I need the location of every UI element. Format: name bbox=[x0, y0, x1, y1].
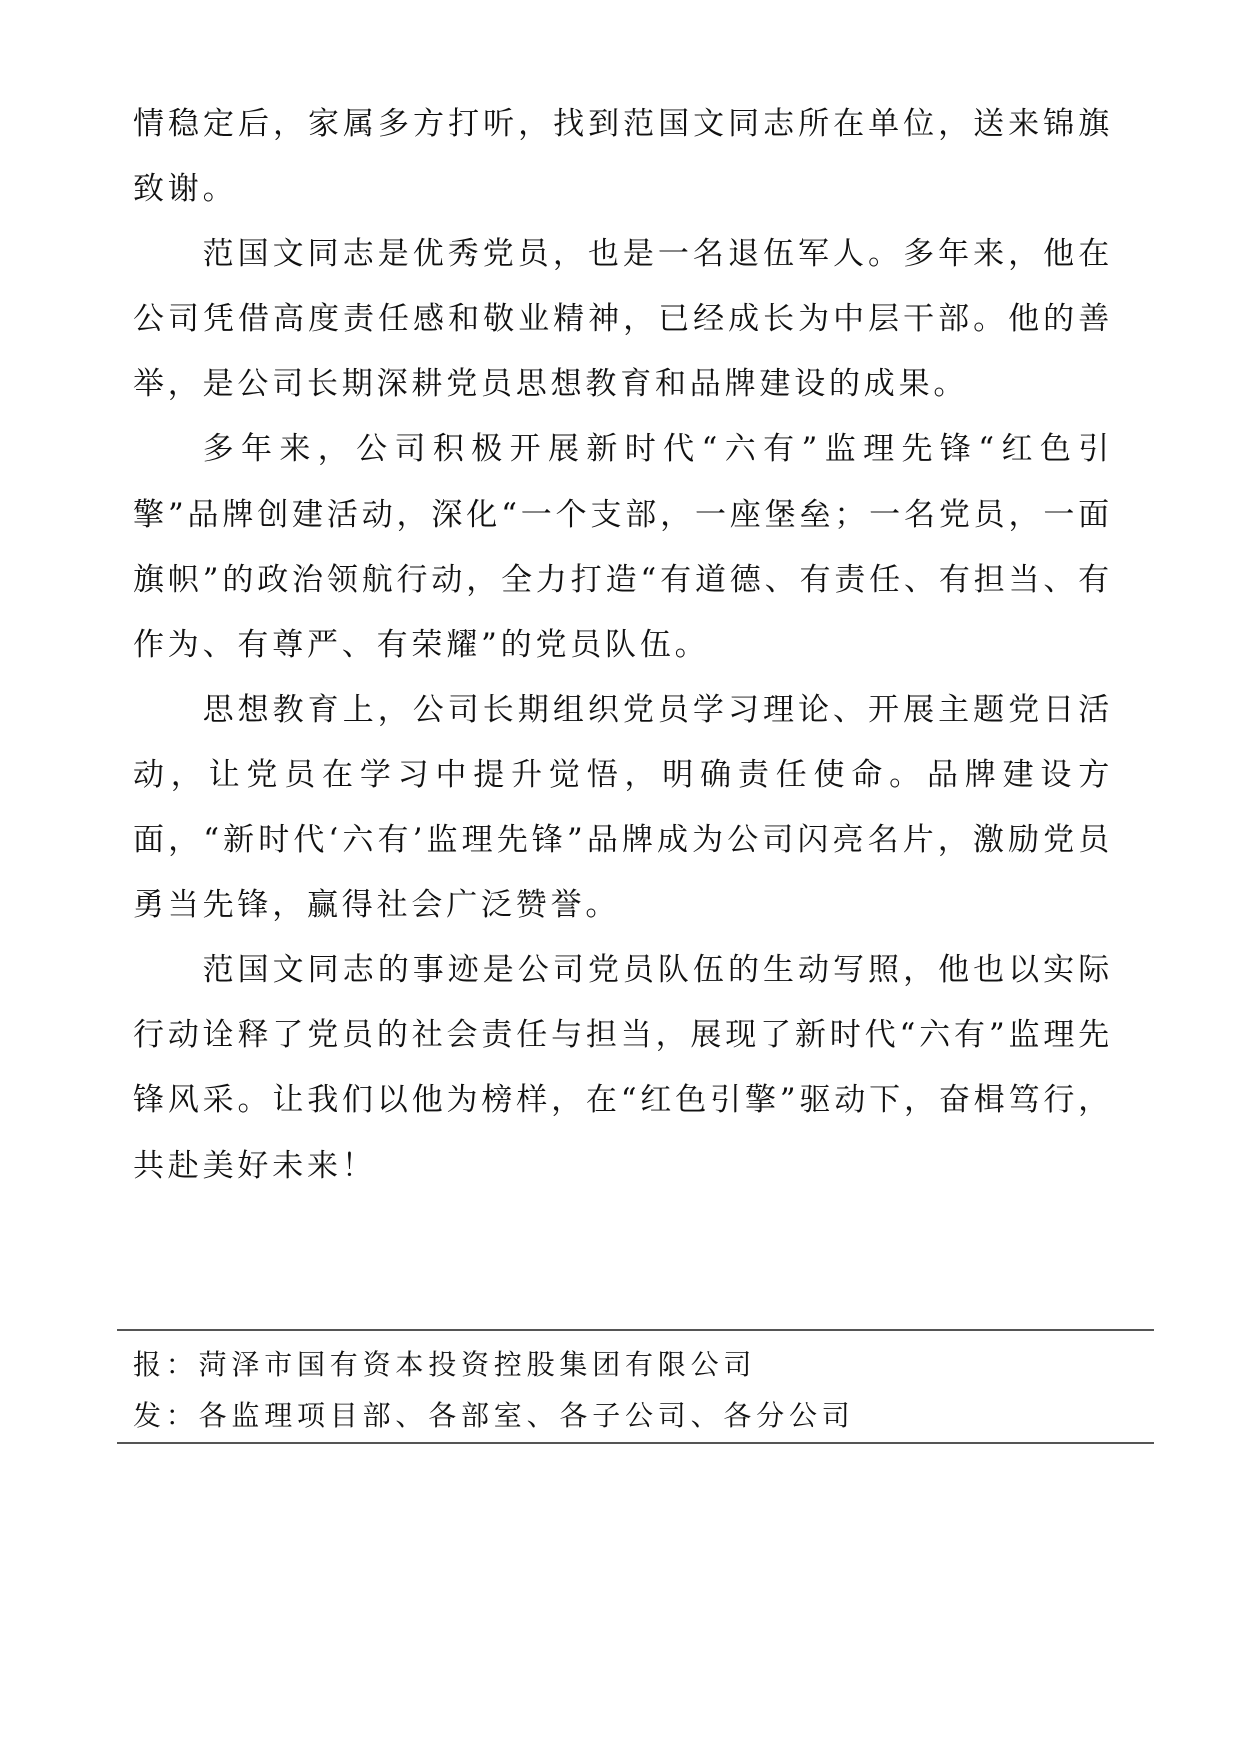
paragraph-brand-building: 多年来，公司积极开展新时代“六有”监理先锋“红色引擎”品牌创建活动，深化“一个支… bbox=[133, 417, 1113, 677]
paragraph-fan-guowen-profile: 范国文同志是优秀党员，也是一名退伍军人。多年来，他在公司凭借高度责任感和敬业精神… bbox=[133, 222, 1113, 417]
report-to-label: 报： bbox=[133, 1348, 199, 1381]
report-to-value: 菏泽市国有资本投资控股集团有限公司 bbox=[199, 1348, 757, 1381]
distribute-to-value: 各监理项目部、各部室、各子公司、各分公司 bbox=[199, 1399, 855, 1432]
distribute-to-line: 发：各监理项目部、各部室、各子公司、各分公司 bbox=[117, 1390, 1154, 1441]
paragraph-ideological-education: 思想教育上，公司长期组织党员学习理论、开展主题党日活动，让党员在学习中提升觉悟，… bbox=[133, 678, 1113, 938]
report-to-line: 报：菏泽市国有资本投资控股集团有限公司 bbox=[117, 1339, 1154, 1390]
footer-top-divider bbox=[117, 1329, 1154, 1331]
paragraph-continuation: 情稳定后，家属多方打听，找到范国文同志所在单位，送来锦旗致谢。 bbox=[133, 92, 1113, 222]
footer-bottom-divider bbox=[117, 1442, 1154, 1444]
distribute-to-label: 发： bbox=[133, 1399, 199, 1432]
distribution-footer: 报：菏泽市国有资本投资控股集团有限公司 发：各监理项目部、各部室、各子公司、各分… bbox=[117, 1329, 1154, 1444]
document-page: 情稳定后，家属多方打听，找到范国文同志所在单位，送来锦旗致谢。 范国文同志是优秀… bbox=[0, 0, 1240, 1754]
document-body: 情稳定后，家属多方打听，找到范国文同志所在单位，送来锦旗致谢。 范国文同志是优秀… bbox=[133, 92, 1113, 1199]
paragraph-conclusion: 范国文同志的事迹是公司党员队伍的生动写照，他也以实际行动诠释了党员的社会责任与担… bbox=[133, 938, 1113, 1198]
